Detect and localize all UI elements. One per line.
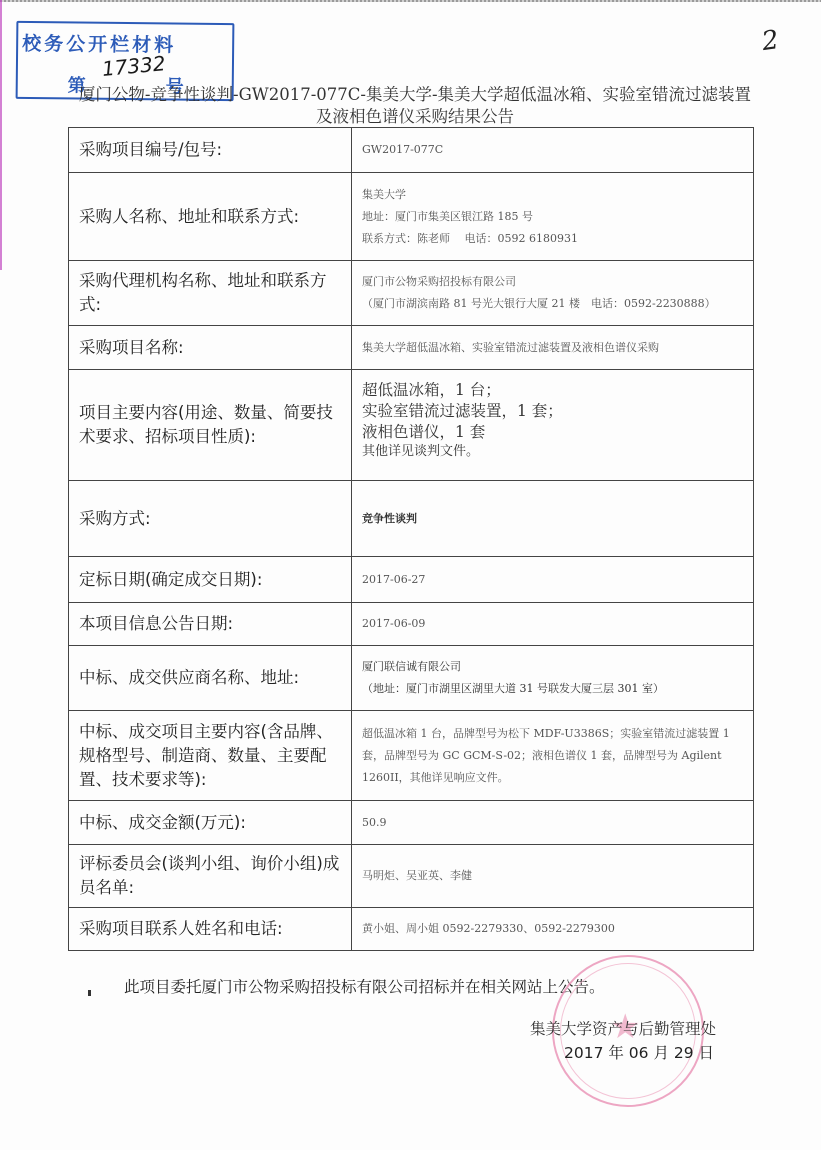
row-value: 厦门市公物采购招投标有限公司 （厦门市湖滨南路 81 号光大银行大厦 21 楼 … (352, 261, 754, 326)
scan-left-edge (0, 0, 2, 270)
row-value: 超低温冰箱，1 台； 实验室错流过滤装置，1 套； 液相色谱仪，1 套 其他详见… (352, 370, 754, 481)
table-row-award-content: 中标、成交项目主要内容(含品牌、规格型号、制造商、数量、主要配置、技术要求等):… (69, 711, 754, 801)
row-value: 马明炬、吴亚英、李健 (352, 845, 754, 908)
document-title-line-1: 厦门公物-竞争性谈判-GW2017-077C-集美大学-集美大学超低温冰箱、实验… (70, 84, 760, 106)
row-label: 采购项目编号/包号: (69, 128, 352, 173)
row-value: 集美大学超低温冰箱、实验室错流过滤装置及液相色谱仪采购 (352, 326, 754, 370)
table-row-agency: 采购代理机构名称、地址和联系方式: 厦门市公物采购招投标有限公司 （厦门市湖滨南… (69, 261, 754, 326)
document-title: 厦门公物-竞争性谈判-GW2017-077C-集美大学-集美大学超低温冰箱、实验… (70, 84, 760, 128)
table-row-announce-date: 本项目信息公告日期: 2017-06-09 (69, 603, 754, 646)
row-label: 项目主要内容(用途、数量、简要技术要求、招标项目性质): (69, 370, 352, 481)
scan-top-edge (0, 0, 821, 2)
row-value: 2017-06-09 (352, 603, 754, 646)
row-value: 竞争性谈判 (352, 481, 754, 557)
row-label: 定标日期(确定成交日期): (69, 557, 352, 603)
row-value: 50.9 (352, 801, 754, 845)
row-value: GW2017-077C (352, 128, 754, 173)
issuing-department: 集美大学资产与后勤管理处 (530, 1017, 716, 1039)
row-label: 中标、成交供应商名称、地址: (69, 646, 352, 711)
row-label: 评标委员会(谈判小组、询价小组)成员名单: (69, 845, 352, 908)
row-value: 集美大学 地址：厦门市集美区银江路 185 号 联系方式：陈老师 电话：0592… (352, 173, 754, 261)
row-value: 厦门联信诚有限公司 （地址：厦门市湖里区湖里大道 31 号联发大厦三层 301 … (352, 646, 754, 711)
row-value: 2017-06-27 (352, 557, 754, 603)
table-row-supplier: 中标、成交供应商名称、地址: 厦门联信诚有限公司 （地址：厦门市湖里区湖里大道 … (69, 646, 754, 711)
table-row-main-content: 项目主要内容(用途、数量、简要技术要求、招标项目性质): 超低温冰箱，1 台； … (69, 370, 754, 481)
procurement-result-table: 采购项目编号/包号: GW2017-077C 采购人名称、地址和联系方式: 集美… (68, 127, 754, 951)
row-label: 本项目信息公告日期: (69, 603, 352, 646)
row-label: 采购代理机构名称、地址和联系方式: (69, 261, 352, 326)
handwritten-page-mark: 2 (760, 25, 781, 57)
row-label: 采购项目名称: (69, 326, 352, 370)
row-value: 黄小姐、周小姐 0592-2279330、0592-2279300 (352, 908, 754, 951)
table-row-contact: 采购项目联系人姓名和电话: 黄小姐、周小姐 0592-2279330、0592-… (69, 908, 754, 951)
table-row-award-date: 定标日期(确定成交日期): 2017-06-27 (69, 557, 754, 603)
row-label: 中标、成交项目主要内容(含品牌、规格型号、制造商、数量、主要配置、技术要求等): (69, 711, 352, 801)
table-row-project-number: 采购项目编号/包号: GW2017-077C (69, 128, 754, 173)
document-title-line-2: 及液相色谱仪采购结果公告 (70, 106, 760, 128)
row-value: 超低温冰箱 1 台，品牌型号为松下 MDF-U3386S；实验室错流过滤装置 1… (352, 711, 754, 801)
row-label: 中标、成交金额(万元): (69, 801, 352, 845)
table-row-method: 采购方式: 竞争性谈判 (69, 481, 754, 557)
issue-date: 2017 年 06 月 29 日 (564, 1041, 714, 1063)
table-row-amount: 中标、成交金额(万元): 50.9 (69, 801, 754, 845)
scan-speck (88, 990, 91, 996)
table-row-purchaser: 采购人名称、地址和联系方式: 集美大学 地址：厦门市集美区银江路 185 号 联… (69, 173, 754, 261)
footer-note: 此项目委托厦门市公物采购招投标有限公司招标并在相关网站上公告。 (124, 975, 605, 997)
table-row-project-name: 采购项目名称: 集美大学超低温冰箱、实验室错流过滤装置及液相色谱仪采购 (69, 326, 754, 370)
archive-stamp-number: 17332 (101, 51, 167, 81)
row-label: 采购人名称、地址和联系方式: (69, 173, 352, 261)
table-row-committee: 评标委员会(谈判小组、询价小组)成员名单: 马明炬、吴亚英、李健 (69, 845, 754, 908)
row-label: 采购方式: (69, 481, 352, 557)
row-label: 采购项目联系人姓名和电话: (69, 908, 352, 951)
